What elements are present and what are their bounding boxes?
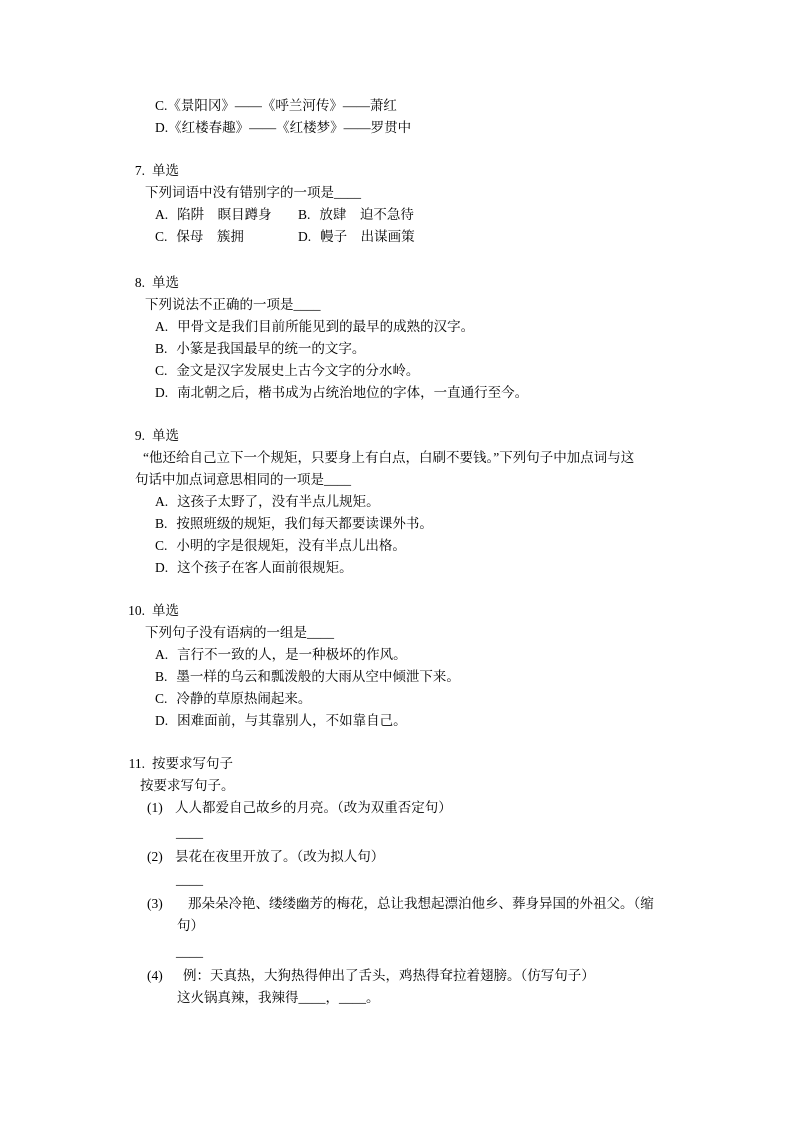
- option-label: C.: [155, 95, 167, 117]
- option-row: A.甲骨文是我们目前所能见到的最早的成熟的汉字。: [155, 316, 794, 338]
- option-label: A.: [155, 316, 168, 338]
- sub-item-text: 人人都爱自己故乡的月亮。（改为双重否定句）: [164, 800, 452, 815]
- option-row: D.困难面前，与其靠别人，不如靠自己。: [155, 710, 794, 732]
- option-row: D.《红楼春趣》——《红楼梦》——罗贯中: [155, 117, 794, 139]
- option-label: A.: [155, 644, 168, 666]
- option-text: 金文是汉字发展史上古今文字的分水岭。: [167, 363, 419, 378]
- option-text: 这孩子太野了，没有半点儿规矩。: [168, 494, 380, 509]
- question-8: 8.单选 下列说法不正确的一项是____ A.甲骨文是我们目前所能见到的最早的成…: [0, 272, 794, 404]
- option-label: C.: [155, 226, 167, 248]
- question-stem: 下列说法不正确的一项是____: [145, 294, 794, 316]
- option-row: D.南北朝之后，楷书成为占统治地位的字体，一直通行至今。: [155, 382, 794, 404]
- sub-item-text: 那朵朵冷艳、缕缕幽芳的梅花，总让我想起漂泊他乡、葬身异国的外祖父。（缩: [164, 896, 654, 911]
- sub-item-text: 昙花在夜里开放了。（改为拟人句）: [164, 849, 384, 864]
- option-row: B.按照班级的规矩，我们每天都要读课外书。: [155, 513, 794, 535]
- option-row: C.《景阳冈》——《呼兰河传》——萧红: [155, 95, 794, 117]
- sub-item-marker: (2): [147, 846, 164, 868]
- question-10: 10.单选 下列句子没有语病的一组是____ A.言行不一致的人，是一种极坏的作…: [0, 600, 794, 732]
- option-label: C.: [155, 535, 167, 557]
- question-11: 11.按要求写句子 按要求写句子。 (1)人人都爱自己故乡的月亮。（改为双重否定…: [0, 753, 794, 1009]
- question-type: 单选: [145, 428, 179, 443]
- question-header: 8.单选: [0, 272, 794, 294]
- option-cell: C.保母 簇拥: [155, 226, 298, 248]
- question-type: 单选: [145, 275, 179, 290]
- option-label: B.: [155, 513, 167, 535]
- option-label: B.: [155, 338, 167, 360]
- question-number: 9.: [0, 425, 145, 447]
- option-label: B.: [298, 204, 310, 226]
- option-text: 冷静的草原热闹起来。: [167, 691, 311, 706]
- option-cell: A.陷阱 瞑目蹲身: [155, 204, 298, 226]
- sub-item-marker: (3): [147, 893, 164, 915]
- exam-page: C.《景阳冈》——《呼兰河传》——萧红 D.《红楼春趣》——《红楼梦》——罗贯中…: [0, 0, 794, 1123]
- sub-item-1: (1)人人都爱自己故乡的月亮。（改为双重否定句）: [0, 797, 794, 819]
- question-header: 10.单选: [0, 600, 794, 622]
- option-label: D.: [155, 117, 168, 139]
- option-text: 《景阳冈》——《呼兰河传》——萧红: [167, 98, 397, 113]
- option-label: D.: [298, 226, 311, 248]
- option-text: 按照班级的规矩，我们每天都要读课外书。: [167, 516, 433, 531]
- option-row: B.墨一样的乌云和瓢泼般的大雨从空中倾泄下来。: [155, 666, 794, 688]
- option-label: C.: [155, 360, 167, 382]
- sub-item-4: (4)例：天真热，大狗热得伸出了舌头，鸡热得耷拉着翅膀。（仿写句子）: [0, 965, 794, 987]
- question-stem-line2: 句话中加点词意思相同的一项是____: [135, 469, 794, 491]
- question-number: 8.: [0, 272, 145, 294]
- question-number: 7.: [0, 160, 145, 182]
- question-stem-line1: “他还给自己立下一个规矩，只要身上有白点，白刷不要钱。”下列句子中加点词与这: [143, 447, 794, 469]
- option-cell: D.幔子 出谋画策: [298, 226, 441, 248]
- question-header: 11.按要求写句子: [0, 753, 794, 775]
- option-text: 这个孩子在客人面前很规矩。: [168, 560, 353, 575]
- option-text: 《红楼春趣》——《红楼梦》——罗贯中: [168, 120, 411, 135]
- sub-item-text: 例：天真热，大狗热得伸出了舌头，鸡热得耷拉着翅膀。（仿写句子）: [164, 968, 595, 983]
- answer-blank: ____: [176, 822, 794, 844]
- option-row: C.保母 簇拥D.幔子 出谋画策: [155, 226, 794, 248]
- answer-blank: ____: [176, 869, 794, 891]
- option-row: C.小明的字是很规矩，没有半点儿出格。: [155, 535, 794, 557]
- option-row: A.这孩子太野了，没有半点儿规矩。: [155, 491, 794, 513]
- sub-item-marker: (1): [147, 797, 164, 819]
- option-row: D.这个孩子在客人面前很规矩。: [155, 557, 794, 579]
- question-subtitle: 按要求写句子。: [140, 775, 794, 797]
- option-label: C.: [155, 688, 167, 710]
- question-type: 单选: [145, 163, 179, 178]
- option-row: C.金文是汉字发展史上古今文字的分水岭。: [155, 360, 794, 382]
- question-stem: 下列句子没有语病的一组是____: [145, 622, 794, 644]
- question-9: 9.单选 “他还给自己立下一个规矩，只要身上有白点，白刷不要钱。”下列句子中加点…: [0, 425, 794, 579]
- sub-item-text-continued: 这火锅真辣，我辣得____，____。: [177, 987, 794, 1009]
- option-label: A.: [155, 204, 168, 226]
- option-text: 放肆 迫不急待: [310, 207, 414, 222]
- option-label: B.: [155, 666, 167, 688]
- option-text: 幔子 出谋画策: [311, 229, 415, 244]
- option-text: 南北朝之后，楷书成为占统治地位的字体，一直通行至今。: [168, 385, 528, 400]
- option-text: 言行不一致的人，是一种极坏的作风。: [168, 647, 407, 662]
- option-text: 小明的字是很规矩，没有半点儿出格。: [167, 538, 406, 553]
- option-cell: B.放肆 迫不急待: [298, 204, 441, 226]
- option-label: D.: [155, 710, 168, 732]
- option-label: D.: [155, 382, 168, 404]
- question-type: 单选: [145, 603, 179, 618]
- option-text: 困难面前，与其靠别人，不如靠自己。: [168, 713, 407, 728]
- option-text: 小篆是我国最早的统一的文字。: [167, 341, 365, 356]
- option-label: A.: [155, 491, 168, 513]
- sub-item-text-continued: 句）: [177, 915, 794, 937]
- option-text: 保母 簇拥: [167, 229, 244, 244]
- question-number: 11.: [0, 753, 145, 775]
- sub-item-2: (2)昙花在夜里开放了。（改为拟人句）: [0, 846, 794, 868]
- option-text: 甲骨文是我们目前所能见到的最早的成熟的汉字。: [168, 319, 474, 334]
- option-row: A.言行不一致的人，是一种极坏的作风。: [155, 644, 794, 666]
- answer-blank: ____: [176, 941, 794, 963]
- option-text: 陷阱 瞑目蹲身: [168, 207, 272, 222]
- prelude-options: C.《景阳冈》——《呼兰河传》——萧红 D.《红楼春趣》——《红楼梦》——罗贯中: [0, 95, 794, 139]
- option-row: B.小篆是我国最早的统一的文字。: [155, 338, 794, 360]
- question-header: 7.单选: [0, 160, 794, 182]
- question-7: 7.单选 下列词语中没有错别字的一项是____ A.陷阱 瞑目蹲身B.放肆 迫不…: [0, 160, 794, 248]
- question-header: 9.单选: [0, 425, 794, 447]
- question-number: 10.: [0, 600, 145, 622]
- option-row: C.冷静的草原热闹起来。: [155, 688, 794, 710]
- sub-item-3: (3)那朵朵冷艳、缕缕幽芳的梅花，总让我想起漂泊他乡、葬身异国的外祖父。（缩: [0, 893, 794, 915]
- option-text: 墨一样的乌云和瓢泼般的大雨从空中倾泄下来。: [167, 669, 460, 684]
- sub-item-marker: (4): [147, 965, 164, 987]
- option-label: D.: [155, 557, 168, 579]
- option-row: A.陷阱 瞑目蹲身B.放肆 迫不急待: [155, 204, 794, 226]
- question-type: 按要求写句子: [145, 756, 233, 771]
- question-stem: 下列词语中没有错别字的一项是____: [145, 182, 794, 204]
